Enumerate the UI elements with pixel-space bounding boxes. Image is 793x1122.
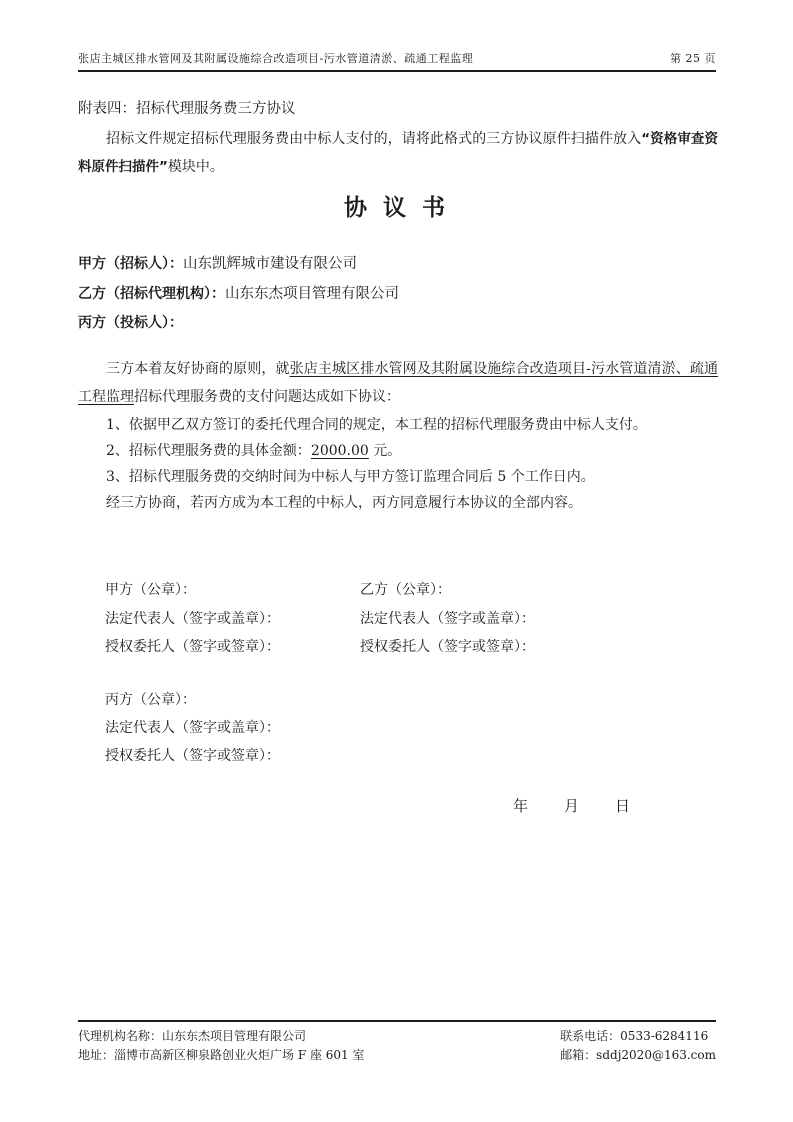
sig-a-legal-rep: 法定代表人（签字或盖章）： (105, 605, 360, 634)
sig-b-legal-rep: 法定代表人（签字或盖章）： (360, 605, 665, 634)
page-footer: 代理机构名称：山东东杰项目管理有限公司 地址：淄博市高新区柳泉路创业火炬广场 F… (78, 1020, 716, 1065)
header-project-title: 张店主城区排水管网及其附属设施综合改造项目-污水管道清淤、疏通工程监理 (78, 50, 473, 66)
term-item-3: 3、招标代理服务费的交纳时间为中标人与甲方签订监理合同后 5 个工作日内。 (78, 464, 726, 490)
terms-list: 1、依据甲乙双方签订的委托代理合同的规定，本工程的招标代理服务费由中标人支付。 … (78, 412, 726, 516)
intro-paragraph: 招标文件规定招标代理服务费由中标人支付的，请将此格式的三方协议原件扫描件放入“资… (78, 126, 718, 181)
term-1-text: 1、依据甲乙双方签订的委托代理合同的规定，本工程的招标代理服务费由中标人支付。 (106, 417, 647, 433)
preamble-after: 招标代理服务费的支付问题达成如下协议： (134, 389, 400, 405)
sig-c-seal: 丙方（公章）： (105, 686, 280, 714)
footer-left: 代理机构名称：山东东杰项目管理有限公司 地址：淄博市高新区柳泉路创业火炬广场 F… (78, 1027, 365, 1065)
signature-block-ab: 甲方（公章）： 法定代表人（签字或盖章）： 授权委托人（签字或签章）： 乙方（公… (105, 576, 665, 662)
closing-line: 经三方协商，若丙方成为本工程的中标人，丙方同意履行本协议的全部内容。 (78, 490, 726, 516)
term-3-text: 3、招标代理服务费的交纳时间为中标人与甲方签订监理合同后 5 个工作日内。 (106, 469, 595, 485)
term-item-2: 2、招标代理服务费的具体金额：2000.00 元。 (78, 438, 726, 464)
party-b-value: 山东东杰项目管理有限公司 (225, 286, 399, 302)
parties-section: 甲方（招标人）：山东凯辉城市建设有限公司 乙方（招标代理机构）：山东东杰项目管理… (78, 250, 718, 339)
footer-agency-address: 地址：淄博市高新区柳泉路创业火炬广场 F 座 601 室 (78, 1046, 365, 1065)
preamble-before: 三方本着友好协商的原则，就 (106, 361, 290, 377)
sig-b-authorized: 授权委托人（签字或签章）： (360, 633, 665, 662)
party-b-label: 乙方（招标代理机构）： (78, 286, 225, 302)
footer-agency-name: 代理机构名称：山东东杰项目管理有限公司 (78, 1027, 365, 1046)
party-row-c: 丙方（投标人）： (78, 309, 718, 339)
agreement-title: 协 议 书 (0, 189, 793, 222)
preamble-paragraph: 三方本着友好协商的原则，就张店主城区排水管网及其附属设施综合改造项目-污水管道清… (78, 356, 718, 411)
page-header: 张店主城区排水管网及其附属设施综合改造项目-污水管道清淤、疏通工程监理 第 25… (78, 50, 716, 72)
intro-text-before: 招标文件规定招标代理服务费由中标人支付的，请将此格式的三方协议原件扫描件放入 (106, 131, 641, 147)
party-a-value: 山东凯辉城市建设有限公司 (183, 256, 357, 272)
party-row-b: 乙方（招标代理机构）：山东东杰项目管理有限公司 (78, 280, 718, 310)
intro-text-after: 模块中。 (168, 159, 224, 175)
sig-a-seal: 甲方（公章）： (105, 576, 360, 605)
footer-agency-phone: 联系电话：0533-6284116 (560, 1027, 716, 1046)
term-2-text: 2、招标代理服务费的具体金额： (106, 443, 311, 459)
term-2-suffix: 元。 (369, 443, 401, 459)
footer-right: 联系电话：0533-6284116 邮箱：sddj2020@163.com (560, 1027, 716, 1065)
party-c-label: 丙方（投标人）： (78, 315, 183, 331)
date-line: 年 月 日 (513, 795, 632, 816)
sig-b-seal: 乙方（公章）： (360, 576, 665, 605)
party-a-label: 甲方（招标人）： (78, 256, 183, 272)
sig-a-authorized: 授权委托人（签字或签章）： (105, 633, 360, 662)
document-page: 张店主城区排水管网及其附属设施综合改造项目-污水管道清淤、疏通工程监理 第 25… (0, 0, 793, 1122)
party-row-a: 甲方（招标人）：山东凯辉城市建设有限公司 (78, 250, 718, 280)
signature-block-c: 丙方（公章）： 法定代表人（签字或盖章）： 授权委托人（签字或签章）： (105, 686, 280, 770)
attachment-title: 附表四：招标代理服务费三方协议 (78, 97, 296, 118)
term-2-amount-underlined: 2000.00 (311, 443, 369, 459)
sig-c-legal-rep: 法定代表人（签字或盖章）： (105, 714, 280, 742)
term-item-1: 1、依据甲乙双方签订的委托代理合同的规定，本工程的招标代理服务费由中标人支付。 (78, 412, 726, 438)
footer-agency-email: 邮箱：sddj2020@163.com (560, 1046, 716, 1065)
sig-c-authorized: 授权委托人（签字或签章）： (105, 742, 280, 770)
header-page-number: 第 25 页 (670, 50, 716, 66)
